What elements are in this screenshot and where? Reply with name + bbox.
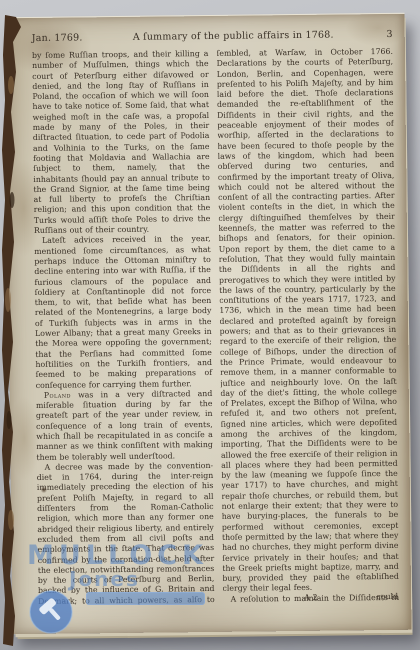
paragraph: A decree was made by the convention-diet… (37, 461, 215, 607)
spine-wear-spot (5, 288, 11, 312)
book-spine-edge (0, 0, 26, 650)
signature-row: A 2 could (223, 592, 400, 604)
catchword: could (376, 592, 398, 603)
spine-dark-spot (10, 192, 15, 208)
paragraph: by ſome Ruſſian troops, and their killin… (32, 49, 211, 236)
printed-page-content: Jan. 1769. A ſummary of the public affai… (6, 14, 412, 634)
paragraph-lead-smallcaps: Poland (44, 390, 71, 399)
text-columns: by ſome Ruſſian troops, and their killin… (32, 47, 399, 607)
header-date: Jan. 1769. (32, 32, 94, 44)
spine-leather (2, 15, 21, 646)
page-title: A ſummary of the public affairs in 1768. (94, 29, 373, 43)
page-header: Jan. 1769. A ſummary of the public affai… (32, 29, 393, 44)
page-number: 3 (373, 29, 393, 40)
spine-wear-spot (8, 76, 14, 94)
right-column: ſembled, at Warſaw, in October 1766. Dec… (216, 47, 399, 605)
spine-dark-spot (7, 411, 12, 429)
book-page: Jan. 1769. A ſummary of the public affai… (6, 13, 412, 634)
signature-mark: A 2 (304, 593, 317, 602)
paragraph: Poland was in a very diſtracted and miſe… (36, 389, 213, 463)
left-column: by ſome Ruſſian troops, and their killin… (32, 49, 215, 607)
photo-backdrop: Jan. 1769. A ſummary of the public affai… (0, 0, 420, 650)
spine-wear-spot (8, 510, 14, 530)
paragraph: Lateſt advices received in the year, men… (34, 234, 212, 390)
paragraph-text: was in a very diſtracted and miſerable ſ… (36, 389, 213, 462)
paragraph: ſembled, at Warſaw, in October 1766. Dec… (216, 47, 399, 595)
